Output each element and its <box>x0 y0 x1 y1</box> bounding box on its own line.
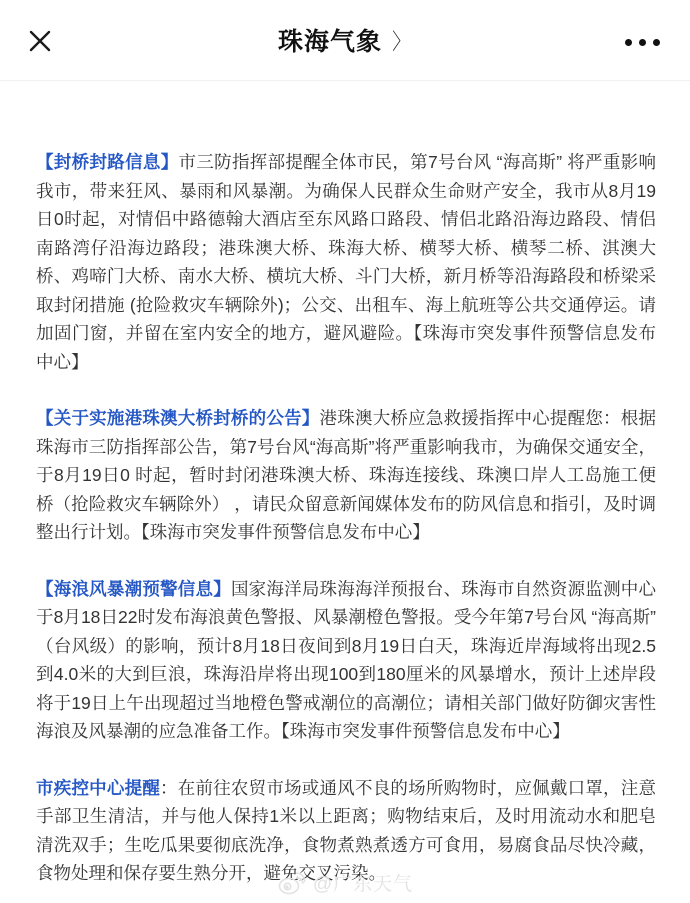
paragraph-heading: 市疾控中心提醒 <box>36 778 160 798</box>
chevron-right-icon: 〉 <box>392 25 410 56</box>
paragraph-body: 国家海洋局珠海海洋预报台、珠海市自然资源监测中心于8月18日22时发布海浪黄色警… <box>36 579 656 742</box>
alert-content: 【封桥封路信息】市三防指挥部提醒全体市民，第7号台风 “海高斯” 将严重影响我市… <box>0 81 690 888</box>
more-menu-button[interactable] <box>618 26 666 58</box>
paragraph-body: 港珠澳大桥应急救援指挥中心提醒您：根据珠海市三防指挥部公告，第7号台风“海高斯”… <box>36 408 656 542</box>
page-title[interactable]: 珠海气象 〉 <box>278 22 412 58</box>
close-button[interactable] <box>22 24 58 60</box>
header-bar: 珠海气象 〉 <box>0 0 690 81</box>
more-menu-icon <box>625 39 660 46</box>
weather-alert-page: { "header": { "title": "珠海气象", "chevron"… <box>0 0 690 903</box>
paragraph-heading: 【海浪风暴潮预警信息】 <box>36 579 231 599</box>
alert-paragraph-cdc-reminder: 市疾控中心提醒：在前往农贸市场或通风不良的场所购物时，应佩戴口罩，注意手部卫生清… <box>36 774 656 888</box>
paragraph-heading: 【封桥封路信息】 <box>36 152 179 172</box>
close-icon <box>28 29 52 56</box>
paragraph-heading: 【关于实施港珠澳大桥封桥的公告】 <box>36 408 320 428</box>
alert-paragraph-hzmb-closure-notice: 【关于实施港珠澳大桥封桥的公告】港珠澳大桥应急救援指挥中心提醒您：根据珠海市三防… <box>36 404 656 547</box>
page-title-text: 珠海气象 <box>278 22 382 58</box>
paragraph-body: 市三防指挥部提醒全体市民，第7号台风 “海高斯” 将严重影响我市，带来狂风、暴雨… <box>36 152 656 372</box>
alert-paragraph-bridge-road-closure: 【封桥封路信息】市三防指挥部提醒全体市民，第7号台风 “海高斯” 将严重影响我市… <box>36 148 656 376</box>
alert-paragraph-wave-storm-surge-warning: 【海浪风暴潮预警信息】国家海洋局珠海海洋预报台、珠海市自然资源监测中心于8月18… <box>36 575 656 746</box>
